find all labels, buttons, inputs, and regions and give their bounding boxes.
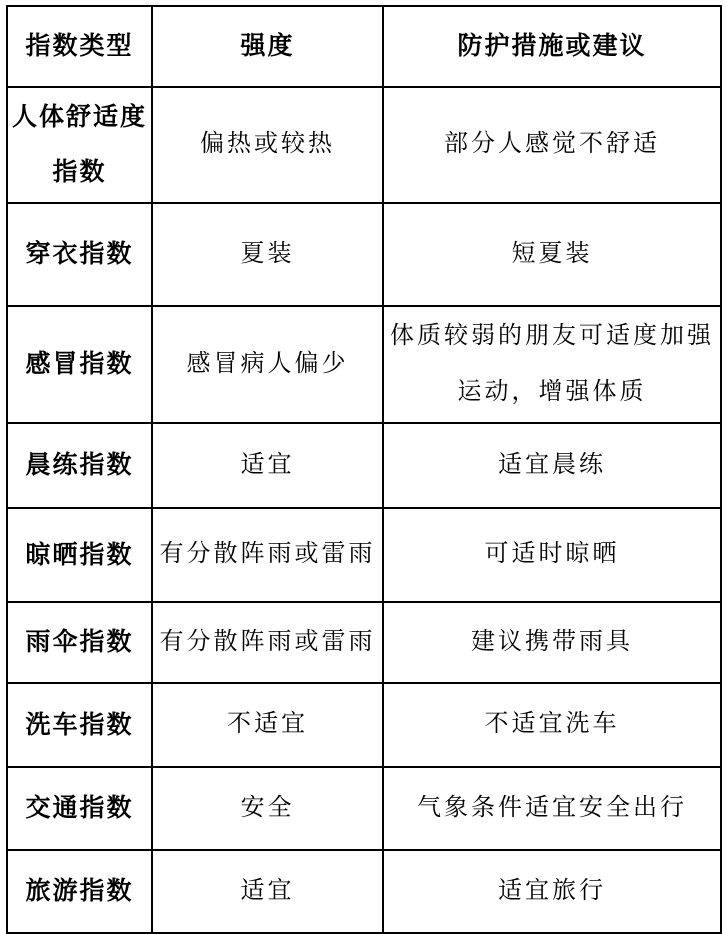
cell-advice: 气象条件适宜安全出行 bbox=[383, 767, 721, 850]
table-row: 旅游指数 适宜 适宜旅行 bbox=[7, 850, 721, 933]
cell-advice: 建议携带雨具 bbox=[383, 602, 721, 683]
cell-intensity: 偏热或较热 bbox=[152, 87, 383, 203]
cell-advice: 体质较弱的朋友可适度加强运动，增强体质 bbox=[383, 306, 721, 423]
table-row: 人体舒适度指数 偏热或较热 部分人感觉不舒适 bbox=[7, 87, 721, 203]
cell-advice: 可适时晾晒 bbox=[383, 508, 721, 602]
weather-index-table: 指数类型 强度 防护措施或建议 人体舒适度指数 偏热或较热 部分人感觉不舒适 穿… bbox=[6, 5, 722, 934]
cell-intensity: 夏装 bbox=[152, 203, 383, 306]
table-row: 雨伞指数 有分散阵雨或雷雨 建议携带雨具 bbox=[7, 602, 721, 683]
table-row: 晾晒指数 有分散阵雨或雷雨 可适时晾晒 bbox=[7, 508, 721, 602]
table-row: 穿衣指数 夏装 短夏装 bbox=[7, 203, 721, 306]
cell-index-type: 感冒指数 bbox=[7, 306, 152, 423]
table-row: 交通指数 安全 气象条件适宜安全出行 bbox=[7, 767, 721, 850]
cell-index-type: 穿衣指数 bbox=[7, 203, 152, 306]
page: 指数类型 强度 防护措施或建议 人体舒适度指数 偏热或较热 部分人感觉不舒适 穿… bbox=[0, 0, 727, 927]
cell-advice: 不适宜洗车 bbox=[383, 683, 721, 767]
cell-intensity: 有分散阵雨或雷雨 bbox=[152, 602, 383, 683]
cell-index-type: 晾晒指数 bbox=[7, 508, 152, 602]
cell-index-type: 洗车指数 bbox=[7, 683, 152, 767]
header-intensity: 强度 bbox=[152, 6, 383, 87]
cell-index-type: 人体舒适度指数 bbox=[7, 87, 152, 203]
cell-index-type: 交通指数 bbox=[7, 767, 152, 850]
header-row: 指数类型 强度 防护措施或建议 bbox=[7, 6, 721, 87]
cell-intensity: 有分散阵雨或雷雨 bbox=[152, 508, 383, 602]
cell-index-type: 旅游指数 bbox=[7, 850, 152, 933]
cell-advice: 适宜旅行 bbox=[383, 850, 721, 933]
cell-advice: 部分人感觉不舒适 bbox=[383, 87, 721, 203]
header-advice: 防护措施或建议 bbox=[383, 6, 721, 87]
cell-intensity: 感冒病人偏少 bbox=[152, 306, 383, 423]
cell-advice: 适宜晨练 bbox=[383, 423, 721, 508]
cell-intensity: 适宜 bbox=[152, 423, 383, 508]
cell-intensity: 不适宜 bbox=[152, 683, 383, 767]
cell-intensity: 安全 bbox=[152, 767, 383, 850]
cell-intensity: 适宜 bbox=[152, 850, 383, 933]
cell-index-type: 雨伞指数 bbox=[7, 602, 152, 683]
table-row: 洗车指数 不适宜 不适宜洗车 bbox=[7, 683, 721, 767]
header-index-type: 指数类型 bbox=[7, 6, 152, 87]
cell-advice: 短夏装 bbox=[383, 203, 721, 306]
table-row: 晨练指数 适宜 适宜晨练 bbox=[7, 423, 721, 508]
cell-index-type: 晨练指数 bbox=[7, 423, 152, 508]
table-row: 感冒指数 感冒病人偏少 体质较弱的朋友可适度加强运动，增强体质 bbox=[7, 306, 721, 423]
